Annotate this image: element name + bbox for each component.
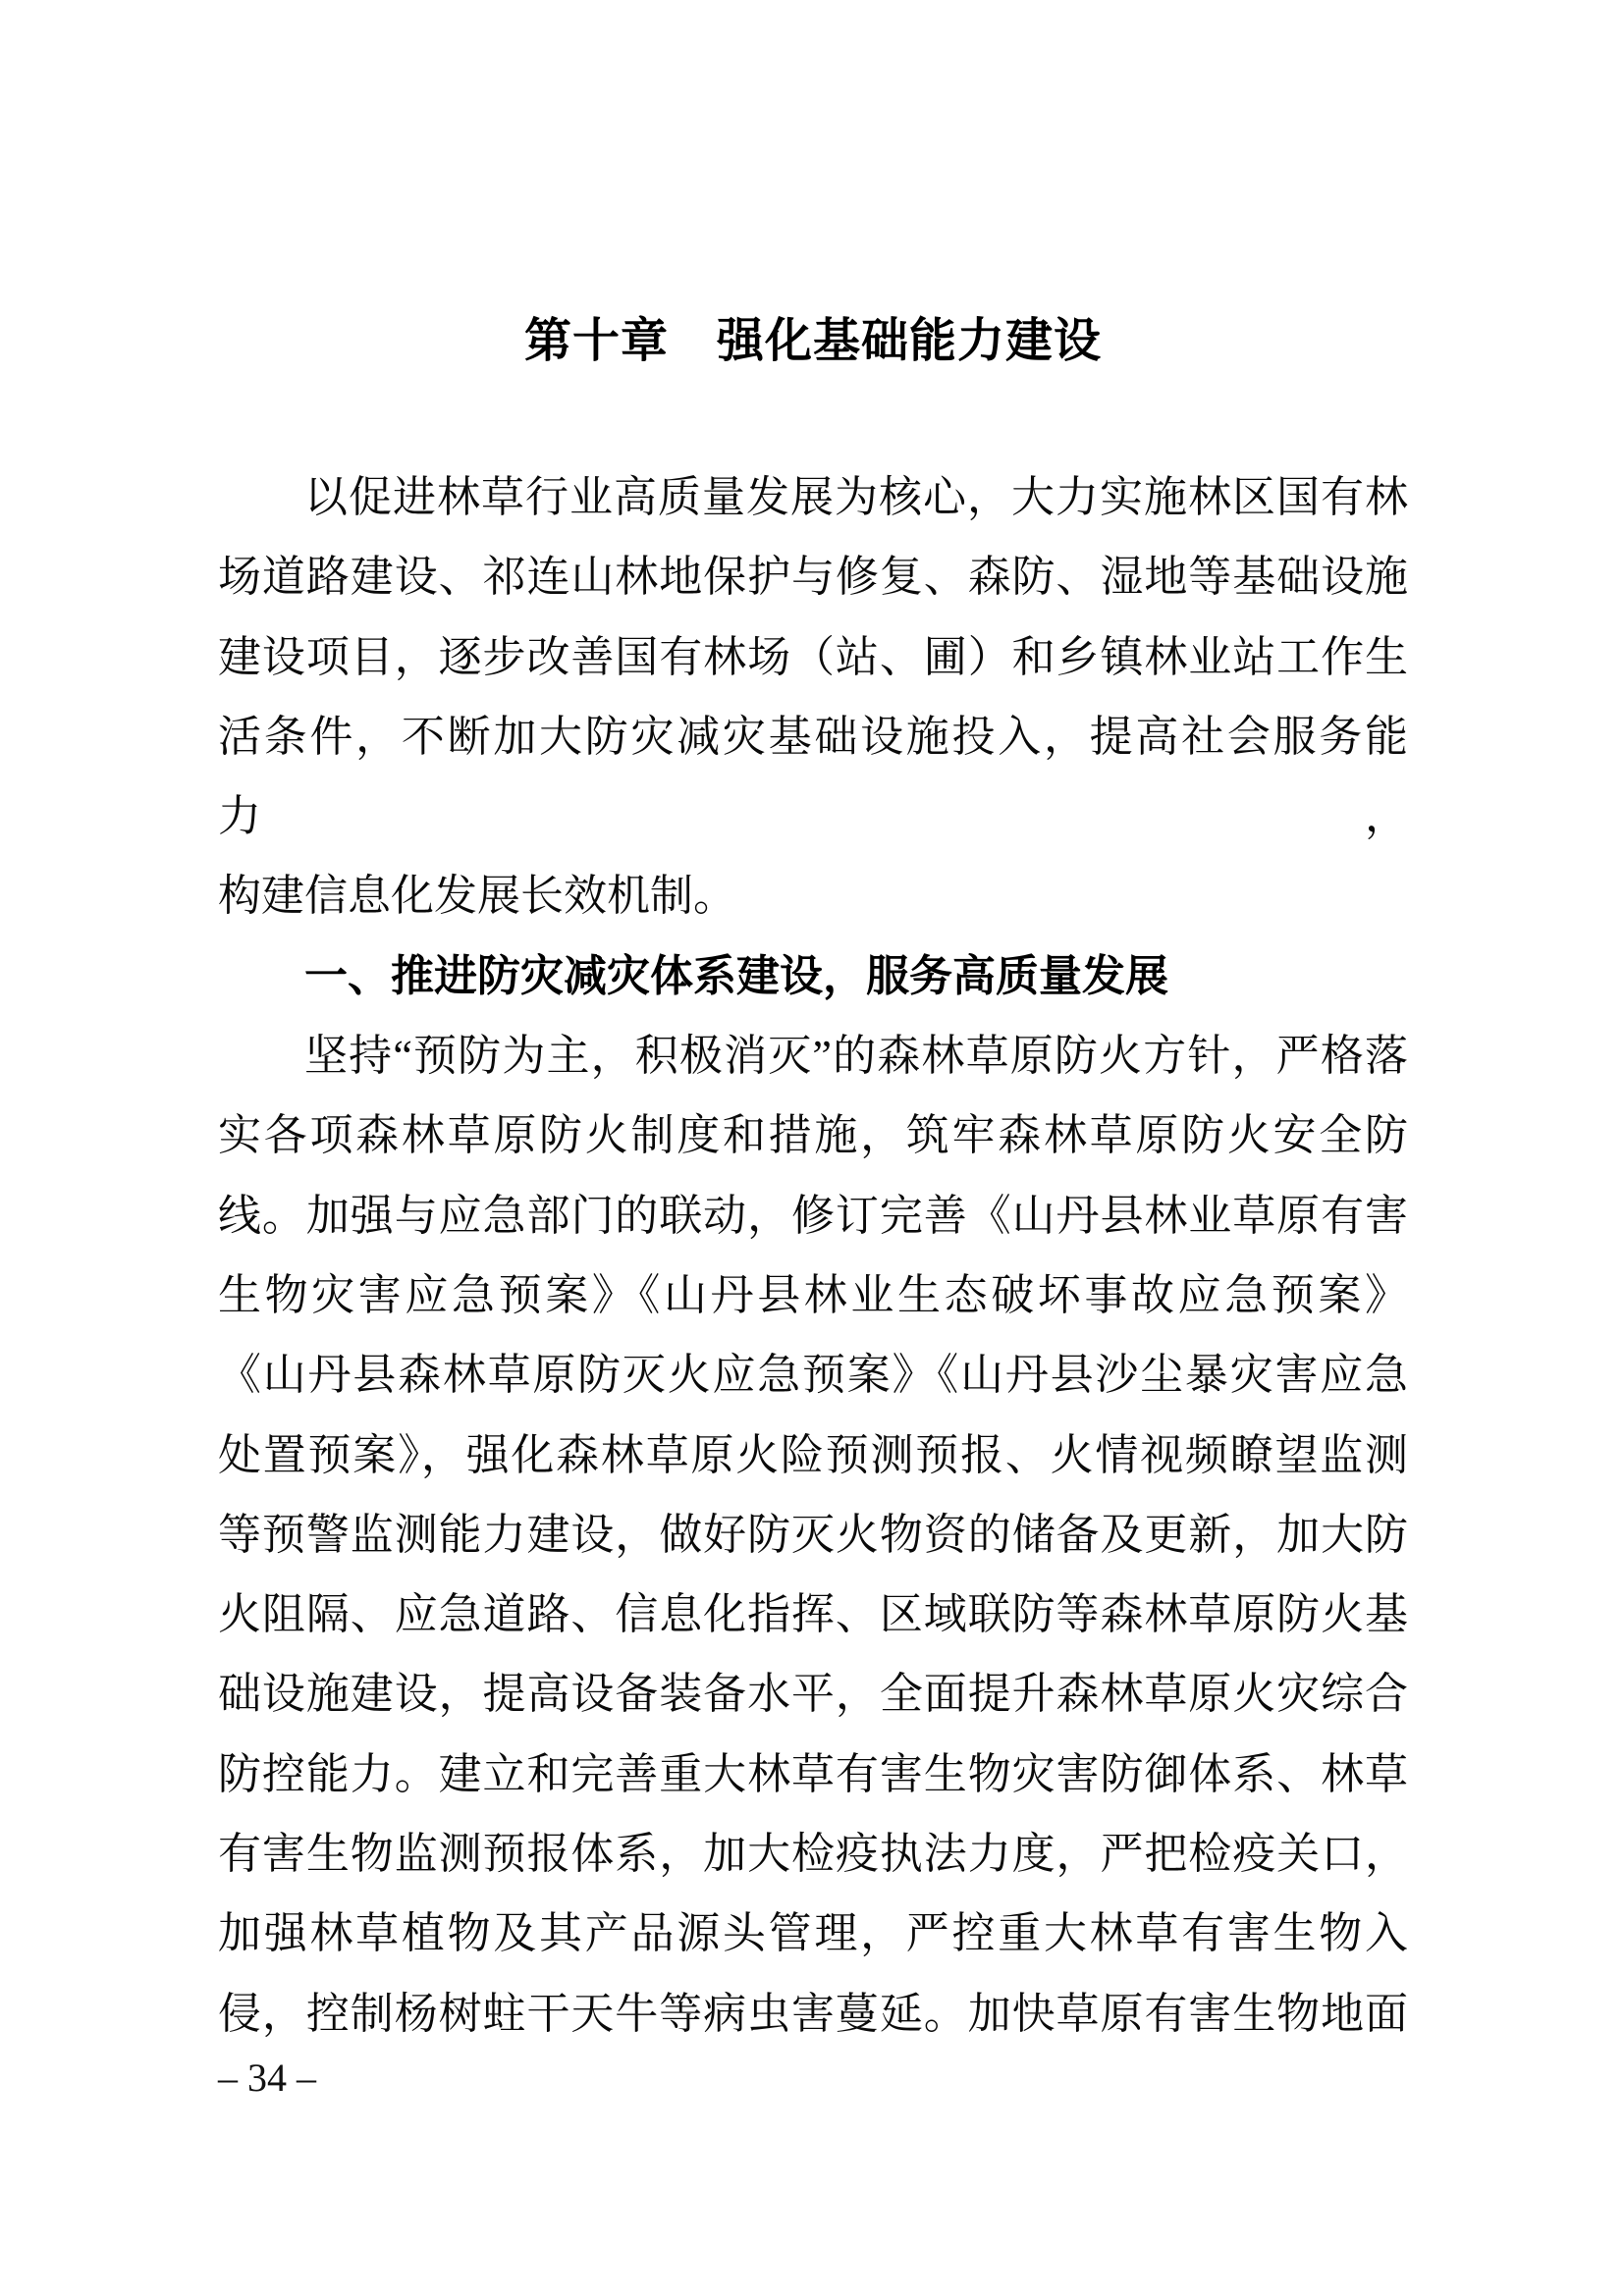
- text-line: 《山丹县森林草原防灭火应急预案》《山丹县沙尘暴灾害应急: [218, 1335, 1408, 1415]
- text-line: 加强林草植物及其产品源头管理，严控重大林草有害生物入: [218, 1894, 1408, 1973]
- text-line: 构建信息化发展长效机制。: [218, 856, 1408, 935]
- text-line: 以促进林草行业高质量发展为核心，大力实施林区国有林: [218, 457, 1408, 537]
- text-line: 侵，控制杨树蛀干天牛等病虫害蔓延。加快草原有害生物地面: [218, 1974, 1408, 2054]
- text-line: 防控能力。建立和完善重大林草有害生物灾害防御体系、林草: [218, 1735, 1408, 1814]
- text-column: 第十章 强化基础能力建设 以促进林草行业高质量发展为核心，大力实施林区国有林 场…: [218, 0, 1408, 2054]
- document-page: 第十章 强化基础能力建设 以促进林草行业高质量发展为核心，大力实施林区国有林 场…: [0, 0, 1624, 2296]
- text-line: 坚持“预防为主，积极消灭”的森林草原防火方针，严格落: [218, 1016, 1408, 1095]
- text-line: 有害生物监测预报体系，加大检疫执法力度，严把检疫关口，: [218, 1814, 1408, 1894]
- text-line: 场道路建设、祁连山林地保护与修复、森防、湿地等基础设施: [218, 537, 1408, 616]
- text-line: 处置预案》，强化森林草原火险预测预报、火情视频瞭望监测: [218, 1415, 1408, 1495]
- text-line: 生物灾害应急预案》《山丹县林业生态破坏事故应急预案》: [218, 1255, 1408, 1335]
- text-line: 活条件，不断加大防灾减灾基础设施投入，提高社会服务能力，: [218, 697, 1408, 857]
- text-line: 础设施建设，提高设备装备水平，全面提升森林草原火灾综合: [218, 1654, 1408, 1734]
- page-number: – 34 –: [218, 2056, 316, 2101]
- text-line: 实各项森林草原防火制度和措施，筑牢森林草原防火安全防: [218, 1095, 1408, 1175]
- text-line: 火阻隔、应急道路、信息化指挥、区域联防等森林草原防火基: [218, 1575, 1408, 1654]
- text-line: 等预警监测能力建设，做好防灭火物资的储备及更新，加大防: [218, 1495, 1408, 1575]
- text-line: 线。加强与应急部门的联动，修订完善《山丹县林业草原有害: [218, 1176, 1408, 1255]
- section-heading: 一、推进防灾减灾体系建设，服务高质量发展: [218, 936, 1408, 1016]
- paragraph-body: 坚持“预防为主，积极消灭”的森林草原防火方针，严格落 实各项森林草原防火制度和措…: [218, 1016, 1408, 2054]
- chapter-title: 第十章 强化基础能力建设: [218, 310, 1408, 373]
- paragraph-intro: 以促进林草行业高质量发展为核心，大力实施林区国有林 场道路建设、祁连山林地保护与…: [218, 457, 1408, 936]
- text-line: 建设项目，逐步改善国有林场（站、圃）和乡镇林业站工作生: [218, 617, 1408, 697]
